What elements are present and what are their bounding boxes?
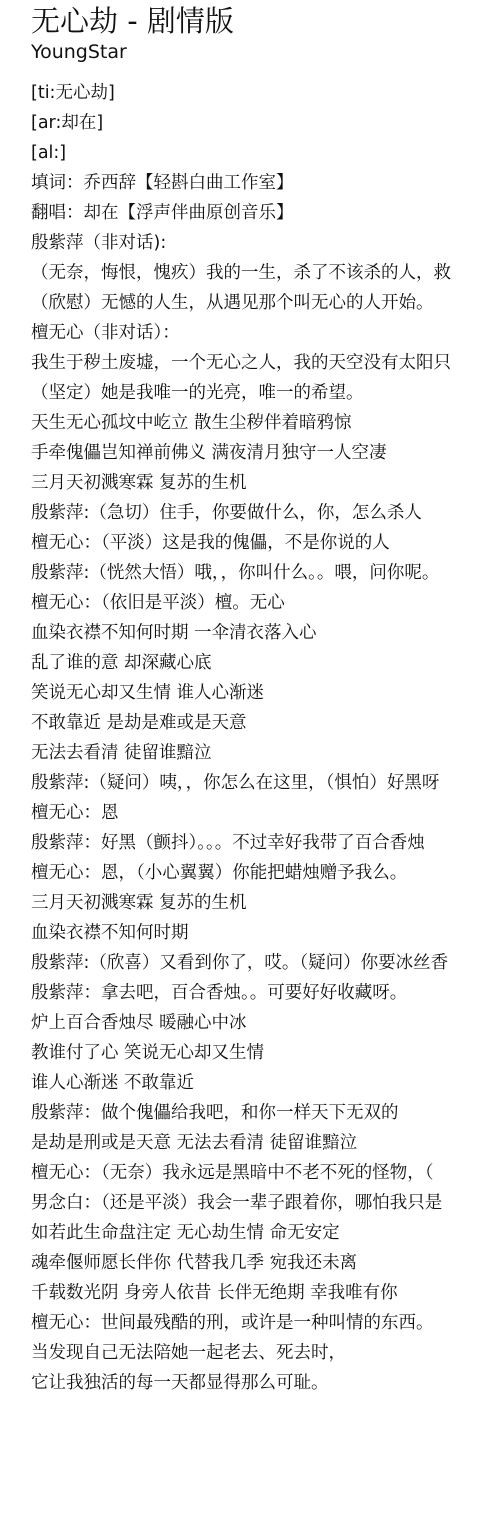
lyric-line: 天生无心孤坟中屹立 散生尘秽伴着暗鸦惊 [31, 408, 500, 438]
lyric-line: 檀无心：恩 [31, 798, 500, 828]
lyric-line: 我生于秽土废墟，一个无心之人，我的天空没有太阳只 [31, 348, 500, 378]
lyric-line: 教谁付了心 笑说无心却又生情 [31, 1038, 500, 1068]
lyric-line: （欣慰）无憾的人生，从遇见那个叫无心的人开始。 [31, 288, 500, 318]
lyric-line: 无法去看清 徒留谁黯泣 [31, 738, 500, 768]
lyric-line: 如若此生命盘注定 无心劫生情 命无安定 [31, 1218, 500, 1248]
lyric-line: 殷紫萍:（疑问）咦，，你怎么在这里，（惧怕）好黑呀 [31, 768, 500, 798]
lyric-line: 魂牵偃师愿长伴你 代替我几季 宛我还未离 [31, 1248, 500, 1278]
lyric-line: 三月天初溅寒霖 复苏的生机 [31, 468, 500, 498]
lyric-line: 翻唱：却在【浮声伴曲原创音乐】 [31, 198, 500, 228]
lyric-line: 当发现自己无法陪她一起老去、死去时， [31, 1338, 500, 1368]
lyric-line: 手牵傀儡岂知禅前佛义 满夜清月独守一人空凄 [31, 438, 500, 468]
song-artist: YoungStar [31, 38, 127, 66]
lyric-line: 血染衣襟不知何时期 [31, 918, 500, 948]
lyric-line: [ar:却在] [31, 108, 500, 138]
lyric-line: 不敢靠近 是劫是难或是天意 [31, 708, 500, 738]
lyric-line: 它让我独活的每一天都显得那么可耻。 [31, 1368, 500, 1398]
lyric-line: （坚定）她是我唯一的光亮，唯一的希望。 [31, 378, 500, 408]
lyric-line: 笑说无心却又生情 谁人心渐迷 [31, 678, 500, 708]
lyric-line: 殷紫萍：好黑（颤抖）。。。不过幸好我带了百合香烛 [31, 828, 500, 858]
lyric-line: 谁人心渐迷 不敢靠近 [31, 1068, 500, 1098]
lyric-line: 填词：乔西辞【轻斟白曲工作室】 [31, 168, 500, 198]
lyric-line: 檀无心（非对话）： [31, 318, 500, 348]
lyric-line: 三月天初溅寒霖 复苏的生机 [31, 888, 500, 918]
lyric-line: 殷紫萍:（恍然大悟）哦，，你叫什么。。喂，问你呢。 [31, 558, 500, 588]
lyric-line: 殷紫萍：拿去吧，百合香烛。。可要好好收藏呀。 [31, 978, 500, 1008]
lyric-line: 男念白：（还是平淡）我会一辈子跟着你，哪怕我只是 [31, 1188, 500, 1218]
lyric-line: 檀无心：世间最残酷的刑，或许是一种叫情的东西。 [31, 1308, 500, 1338]
lyric-line: 千载数光阴 身旁人依昔 长伴无绝期 幸我唯有你 [31, 1278, 500, 1308]
lyric-line: 殷紫萍:（急切）住手，你要做什么，你，怎么杀人 [31, 498, 500, 528]
lyric-line: 檀无心：（平淡）这是我的傀儡，不是你说的人 [31, 528, 500, 558]
lyric-line: 殷紫萍（非对话): [31, 228, 500, 258]
lyric-line: 檀无心：（依旧是平淡）檀。无心 [31, 588, 500, 618]
lyric-line: 血染衣襟不知何时期 一伞清衣落入心 [31, 618, 500, 648]
lyric-line: （无奈，悔恨，愧疚）我的一生，杀了不该杀的人，救 [31, 258, 500, 288]
lyric-line: 檀无心：（无奈）我永远是黑暗中不老不死的怪物，（ [31, 1158, 500, 1188]
lyric-line: 是劫是刑或是天意 无法去看清 徒留谁黯泣 [31, 1128, 500, 1158]
lyrics-body: [ti:无心劫] [ar:却在] [al:] 填词：乔西辞【轻斟白曲工作室】 翻… [31, 78, 500, 1398]
lyric-line: 炉上百合香烛尽 暖融心中冰 [31, 1008, 500, 1038]
lyric-line: [ti:无心劫] [31, 78, 500, 108]
lyric-line: 殷紫萍:（欣喜）又看到你了，哎。（疑问）你要冰丝香 [31, 948, 500, 978]
lyric-line: 乱了谁的意 却深藏心底 [31, 648, 500, 678]
lyric-line: 檀无心：恩，（小心翼翼）你能把蜡烛赠予我么。 [31, 858, 500, 888]
lyric-line: [al:] [31, 138, 500, 168]
song-title: 无心劫 - 剧情版 [31, 2, 234, 40]
lyric-line: 殷紫萍：做个傀儡给我吧，和你一样天下无双的 [31, 1098, 500, 1128]
